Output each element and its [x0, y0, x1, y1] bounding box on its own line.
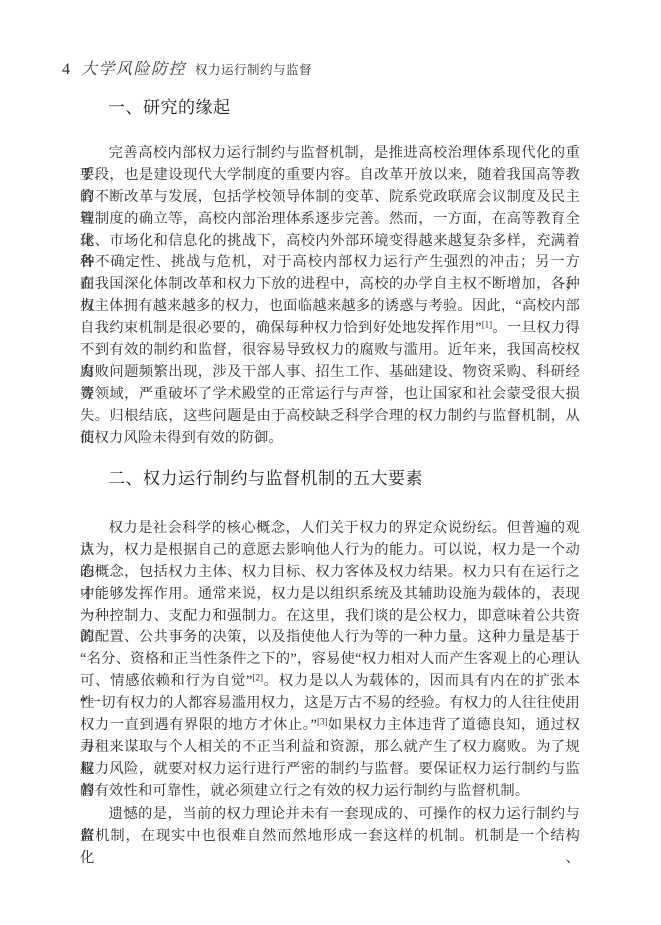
text-line: 的有效性和可靠性，就必须建立行之有效的权力运行制约与监督机制。 — [80, 781, 580, 803]
text-line: 权力一直到遇有界限的地方才休止。”[3]如果权力主体违背了道德良知，通过权力 — [80, 715, 580, 737]
section-heading-2: 二、权力运行制约与监督机制的五大要素 — [80, 467, 580, 491]
text-line: 化、市场化和信息化的挑战下，高校内外部环境变得越来越复杂多样，充满着各 — [80, 231, 580, 253]
text-line: 在我国深化体制改革和权力下放的进程中，高校的办学自主权不断增加，各种权 — [80, 274, 580, 296]
text-line: 一种控制力、支配力和强制力。在这里，我们谈的是公权力，即意味着公共资源 — [80, 606, 580, 628]
text-line: 的不断改革与发展，包括学校领导体制的变革、院系党政联席会议制度及民主管 — [80, 187, 580, 209]
text-line: 完善高校内部权力运行制约与监督机制，是推进高校治理体系现代化的重要 — [80, 143, 580, 165]
book-page: 4大学风险防控权力运行制约与监督 一、研究的缘起 完善高校内部权力运行制约与监督… — [0, 0, 661, 925]
text-line: 手段，也是建设现代大学制度的重要内容。自改革开放以来，随着我国高等教育 — [80, 165, 580, 187]
text-line: 自我约束机制是很必要的，确保每种权力恰到好处地发挥作用”[1]。一旦权力得 — [80, 318, 580, 340]
text-line: 腐败问题频繁出现，涉及干部人事、招生工作、基础建设、物资采购、科研经费 — [80, 362, 580, 384]
text-line: 失。归根结底，这些问题是由于高校缺乏科学合理的权力制约与监督机制，从而 — [80, 406, 580, 428]
text-line: 认为，权力是根据自己的意愿去影响他人行为的能力。可以说，权力是一个动态 — [80, 540, 580, 562]
paragraph-1: 完善高校内部权力运行制约与监督机制，是推进高校治理体系现代化的重要 手段，也是建… — [80, 143, 580, 449]
page-number: 4 — [62, 61, 70, 78]
text-line: 寻租来谋取与个人相关的不正当利益和资源，那么就产生了权力腐败。为了规避 — [80, 737, 580, 759]
text-line: 督机制，在现实中也很难自然而然地形成一套这样的机制。机制是一个结构化、 — [80, 826, 580, 848]
text-line: 使权力风险未得到有效的防御。 — [80, 428, 580, 450]
text-line: 权力风险，就要对权力运行进行严密的制约与监督。要保证权力运行制约与监督 — [80, 759, 580, 781]
text-line: “一切有权力的人都容易滥用权力，这是万古不易的经验。有权力的人往往使用 — [80, 693, 580, 715]
text-line: 等领域，严重破坏了学术殿堂的正常运行与声誉，也让国家和社会蒙受很大损 — [80, 384, 580, 406]
page-content: 一、研究的缘起 完善高校内部权力运行制约与监督机制，是推进高校治理体系现代化的重… — [80, 0, 580, 925]
text-line: 的概念，包括权力主体、权力目标、权力客体及权力结果。权力只有在运行之中 — [80, 562, 580, 584]
paragraph-2: 权力是社会科学的核心概念，人们关于权力的界定众说纷纭。但普遍的观点 认为，权力是… — [80, 518, 580, 803]
paragraph-3: 遗憾的是，当前的权力理论并未有一套现成的、可操作的权力运行制约与监 督机制，在现… — [80, 804, 580, 848]
text-line: 力主体拥有越来越多的权力，也面临越来越多的诱惑与考验。因此，“高校内部 — [80, 296, 580, 318]
text-line: 权力是社会科学的核心概念，人们关于权力的界定众说纷纭。但普遍的观点 — [80, 518, 580, 540]
text-line: 种不确定性、挑战与危机，对于高校内部权力运行产生强烈的冲击；另一方面， — [80, 252, 580, 274]
section-heading-1: 一、研究的缘起 — [80, 96, 580, 120]
text-line: 遗憾的是，当前的权力理论并未有一套现成的、可操作的权力运行制约与监 — [80, 804, 580, 826]
text-line: 的配置、公共事务的决策，以及指使他人行为等的一种力量。这种力量是基于 — [80, 627, 580, 649]
text-line: 理制度的确立等，高校内部治理体系逐步完善。然而，一方面，在高等教育全球 — [80, 209, 580, 231]
text-line: 可、情感依赖和行为自觉”[2]。权力是以人为载体的，因而具有内在的扩张本性。 — [80, 671, 580, 693]
text-line: “名分、资格和正当性条件之下的”，容易使“权力相对人而产生客观上的心理认 — [80, 649, 580, 671]
text-line: 才能够发挥作用。通常来说，权力是以组织系统及其辅助设施为载体的，表现为 — [80, 584, 580, 606]
text-line: 不到有效的制约和监督，很容易导致权力的腐败与滥用。近年来，我国高校权力 — [80, 340, 580, 362]
